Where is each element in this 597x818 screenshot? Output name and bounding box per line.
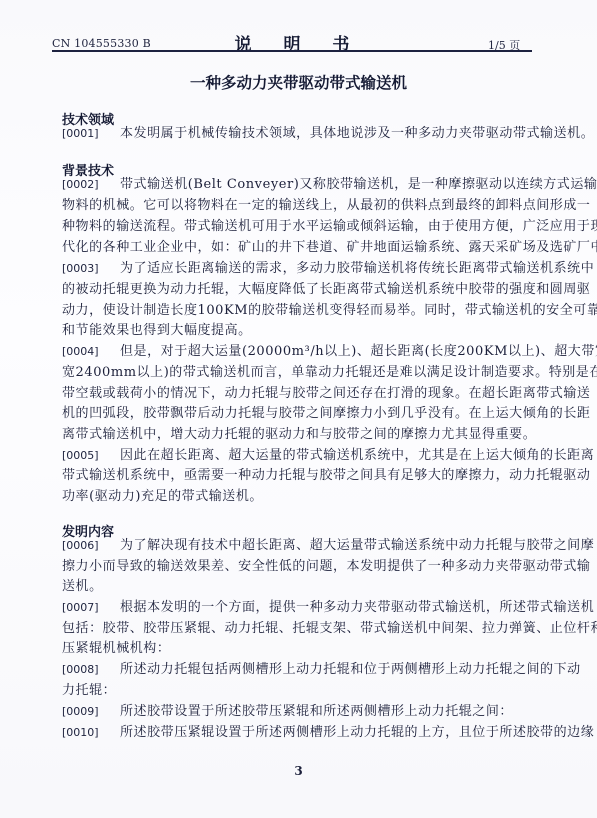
paragraph-line: 带式输送机(Belt Conveyer)又称胶带输送机，是一种摩擦驱动以连续方式…	[120, 177, 597, 192]
paragraph-tag: [0004]	[62, 344, 120, 360]
document-title: 一种多动力夹带驱动带式输送机	[0, 71, 597, 93]
paragraph-line: 带空载或载荷小的情况下，动力托辊与胶带之间还存在打滑的现象。在超长距离带式输送	[62, 386, 532, 402]
paragraph-tag: [0006]	[62, 538, 120, 554]
paragraph-line: 动力，使设计制造长度100KM的胶带输送机变得轻而易举。同时，带式输送机的安全可…	[62, 303, 532, 319]
paragraph-line: 的被动托辊更换为动力托辊，大幅度降低了长距离带式输送机系统中胶带的强度和圆周驱	[62, 282, 532, 298]
paragraph-line: 包括：胶带、胶带压紧辊、动力托辊、托辊支架、带式输送机中间架、拉力弹簧、止位杆和…	[62, 621, 532, 637]
header-divider	[52, 50, 532, 52]
paragraph-0008: [0008]所述动力托辊包括两侧槽形上动力托辊和位于两侧槽形上动力托辊之间的下动	[62, 662, 532, 678]
paragraph-0001: [0001]本发明属于机械传输技术领域，具体地说涉及一种多动力夹带驱动带式输送机…	[62, 126, 532, 142]
paragraph-line: 送机。	[62, 579, 532, 595]
paragraph-line: 离带式输送机中，增大动力托辊的驱动力和与胶带之间的摩擦力尤其显得重要。	[62, 427, 532, 443]
paragraph-line: 和节能效果也得到大幅度提高。	[62, 323, 532, 339]
paragraph-0004: [0004]但是，对于超大运量(20000m³/h以上)、超长距离(长度200K…	[62, 344, 532, 360]
paragraph-line: 根据本发明的一个方面，提供一种多动力夹带驱动带式输送机，所述带式输送机	[120, 600, 594, 615]
paragraph-line: 带式输送机系统中，亟需要一种动力托辊与胶带之间具有足够大的摩擦力，动力托辊驱动	[62, 468, 532, 484]
page-number: 3	[0, 764, 597, 778]
paragraph-0007: [0007]根据本发明的一个方面，提供一种多动力夹带驱动带式输送机，所述带式输送…	[62, 600, 532, 616]
paragraph-0005: [0005]因此在超长距离、超大运量的带式输送机系统中，尤其是在上运大倾角的长距…	[62, 448, 532, 464]
paragraph-tag: [0007]	[62, 600, 120, 616]
paragraph-0002: [0002]带式输送机(Belt Conveyer)又称胶带输送机，是一种摩擦驱…	[62, 177, 532, 193]
paragraph-tag: [0010]	[62, 725, 120, 741]
patent-page: CN 104555330 B 说 明 书 1/5 页 一种多动力夹带驱动带式输送…	[0, 0, 597, 818]
paragraph-line: 代化的各种工业企业中，如：矿山的井下巷道、矿井地面运输系统、露天采矿场及选矿厂中…	[62, 240, 532, 256]
paragraph-tag: [0009]	[62, 704, 120, 720]
paragraph-line: 压紧辊机械机构：	[62, 641, 532, 657]
paragraph-line: 为了解决现有技术中超长距离、超大运量带式输送系统中动力托辊与胶带之间摩	[120, 538, 594, 553]
paragraph-0006: [0006]为了解决现有技术中超长距离、超大运量带式输送系统中动力托辊与胶带之间…	[62, 538, 532, 554]
paragraph-0010: [0010]所述胶带压紧辊设置于所述两侧槽形上动力托辊的上方，且位于所述胶带的边…	[62, 725, 532, 741]
paragraph-line: 为了适应长距离输送的需求，多动力胶带输送机将传统长距离带式输送机系统中	[120, 261, 594, 276]
paragraph-line: 擦力小而导致的输送效果差、安全性低的问题，本发明提供了一种多动力夹带驱动带式输	[62, 559, 532, 575]
paragraph-tag: [0001]	[62, 126, 120, 142]
paragraph-tag: [0008]	[62, 662, 120, 678]
paragraph-line: 因此在超长距离、超大运量的带式输送机系统中，尤其是在上运大倾角的长距离	[120, 448, 594, 463]
paragraph-line: 但是，对于超大运量(20000m³/h以上)、超长距离(长度200KM以上)、超…	[120, 344, 597, 359]
paragraph-line: 物料的机械。它可以将物料在一定的输送线上，从最初的供料点到最终的卸料点间形成一	[62, 198, 532, 214]
paragraph-line: 所述动力托辊包括两侧槽形上动力托辊和位于两侧槽形上动力托辊之间的下动	[120, 662, 581, 677]
paragraph-line: 力托辊：	[62, 683, 532, 699]
paragraph-0003: [0003]为了适应长距离输送的需求，多动力胶带输送机将传统长距离带式输送机系统…	[62, 261, 532, 277]
paragraph-line: 本发明属于机械传输技术领域，具体地说涉及一种多动力夹带驱动带式输送机。	[120, 126, 594, 141]
paragraph-tag: [0003]	[62, 261, 120, 277]
paragraph-line: 宽2400mm以上)的带式输送机而言，单靠动力托辊还是难以满足设计制造要求。特别…	[62, 365, 532, 381]
paragraph-0009: [0009]所述胶带设置于所述胶带压紧辊和所述两侧槽形上动力托辊之间：	[62, 704, 532, 720]
paragraph-line: 所述胶带设置于所述胶带压紧辊和所述两侧槽形上动力托辊之间：	[120, 704, 513, 719]
paragraph-line: 所述胶带压紧辊设置于所述两侧槽形上动力托辊的上方，且位于所述胶带的边缘	[120, 725, 594, 740]
paragraph-tag: [0005]	[62, 448, 120, 464]
paragraph-line: 功率(驱动力)充足的带式输送机。	[62, 489, 532, 505]
paragraph-line: 种物料的输送流程。带式输送机可用于水平运输或倾斜运输，由于使用方便，广泛应用于现	[62, 219, 532, 235]
paragraph-line: 机的凹弧段，胶带飘带后动力托辊与胶带之间摩擦力小到几乎没有。在上运大倾角的长距	[62, 406, 532, 422]
paragraph-tag: [0002]	[62, 177, 120, 193]
